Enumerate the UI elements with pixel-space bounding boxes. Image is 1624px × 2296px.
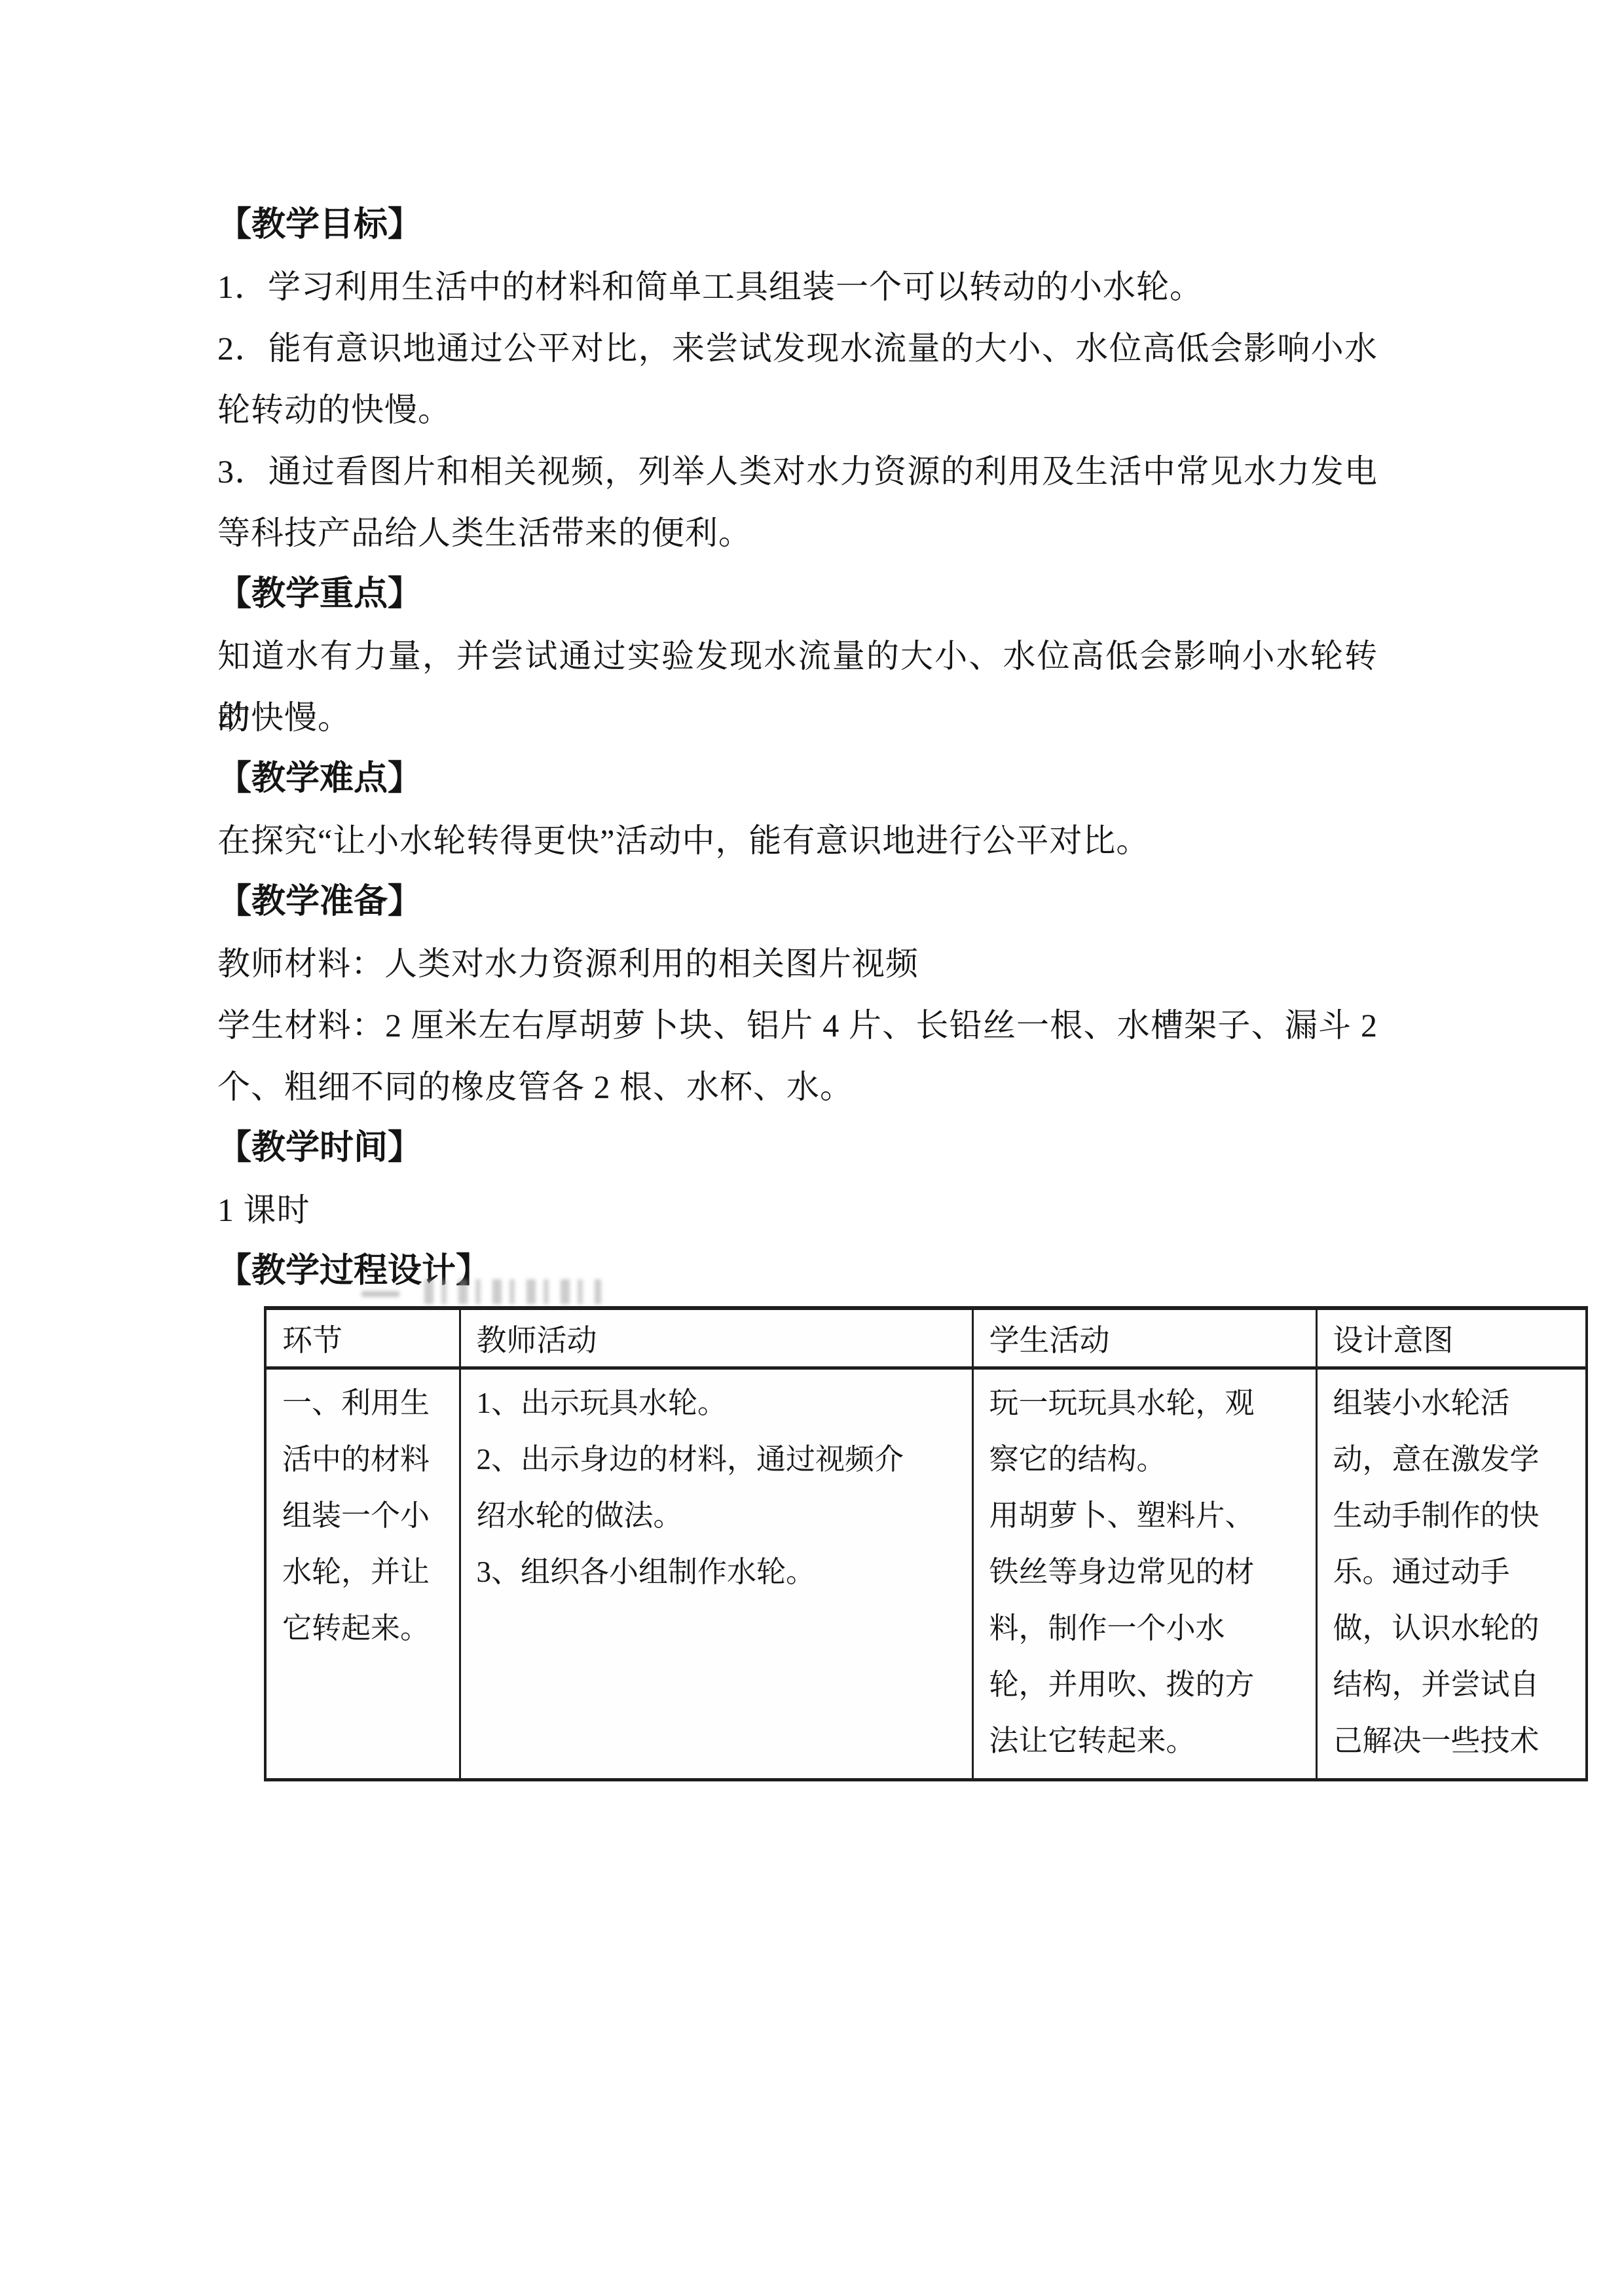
objective-item-3-line-1: 3．通过看图片和相关视频，列举人类对水力资源的利用及生活中常见水力发电 [217, 441, 1378, 502]
table-row: 一、利用生 活中的材料 组装一个小 水轮，并让 它转起来。 1、出示玩具水轮。 … [265, 1368, 1587, 1780]
cell-stage: 一、利用生 活中的材料 组装一个小 水轮，并让 它转起来。 [265, 1368, 460, 1780]
objective-item-2-line-2: 轮转动的快慢。 [217, 379, 1378, 441]
key-points-line-2: 的快慢。 [217, 687, 1378, 748]
cell-teacher-activity: 1、出示玩具水轮。 2、出示身边的材料，通过视频介 绍水轮的做法。 3、组织各小… [460, 1368, 972, 1780]
difficulty-text: 在探究“让小水轮转得更快”活动中，能有意识地进行公平对比。 [217, 810, 1378, 871]
student-materials-line-1: 学生材料：2 厘米左右厚胡萝卜块、铝片 4 片、长铅丝一根、水槽架子、漏斗 2 [217, 994, 1378, 1056]
section-heading-objectives: 【教学目标】 [217, 194, 1378, 256]
key-points-line-1: 知道水有力量，并尝试通过实验发现水流量的大小、水位高低会影响小水轮转动 [217, 625, 1378, 687]
cell-design-intent: 组装小水轮活 动，意在激发学 生动手制作的快 乐。通过动手 做，认识水轮的 结构… [1316, 1368, 1587, 1780]
objective-item-2-line-1: 2．能有意识地通过公平对比，来尝试发现水流量的大小、水位高低会影响小水 [217, 318, 1378, 379]
section-heading-preparation: 【教学准备】 [217, 871, 1378, 933]
document-body: 【教学目标】 1．学习利用生活中的材料和简单工具组装一个可以转动的小水轮。 2．… [217, 194, 1378, 1302]
scan-artifact-fragment [361, 1291, 399, 1297]
teacher-materials-text: 教师材料：人类对水力资源利用的相关图片视频 [217, 933, 1378, 994]
scan-artifact-fragment [424, 1279, 601, 1304]
column-header-student-activity: 学生活动 [972, 1308, 1316, 1368]
column-header-teacher-activity: 教师活动 [460, 1308, 972, 1368]
scan-artifact-smudge [361, 1277, 610, 1307]
objective-item-3-line-2: 等科技产品给人类生活带来的便利。 [217, 502, 1378, 564]
section-heading-difficulty: 【教学难点】 [217, 748, 1378, 810]
student-materials-line-2: 个、粗细不同的橡皮管各 2 根、水杯、水。 [217, 1056, 1378, 1118]
cell-student-activity: 玩一玩玩具水轮，观 察它的结构。 用胡萝卜、塑料片、 铁丝等身边常见的材 料，制… [972, 1368, 1316, 1780]
scanned-lesson-plan-page: 【教学目标】 1．学习利用生活中的材料和简单工具组装一个可以转动的小水轮。 2．… [0, 0, 1624, 2296]
objective-item-1: 1．学习利用生活中的材料和简单工具组装一个可以转动的小水轮。 [217, 256, 1378, 318]
table-header-row: 环节 教师活动 学生活动 设计意图 [265, 1308, 1587, 1368]
section-heading-key-points: 【教学重点】 [217, 564, 1378, 625]
class-hours-text: 1 课时 [217, 1179, 1378, 1241]
column-header-stage: 环节 [265, 1308, 460, 1368]
teaching-process-table: 环节 教师活动 学生活动 设计意图 一、利用生 活中的材料 组装一个小 水轮，并… [264, 1306, 1588, 1781]
section-heading-time: 【教学时间】 [217, 1118, 1378, 1179]
column-header-design-intent: 设计意图 [1316, 1308, 1587, 1368]
